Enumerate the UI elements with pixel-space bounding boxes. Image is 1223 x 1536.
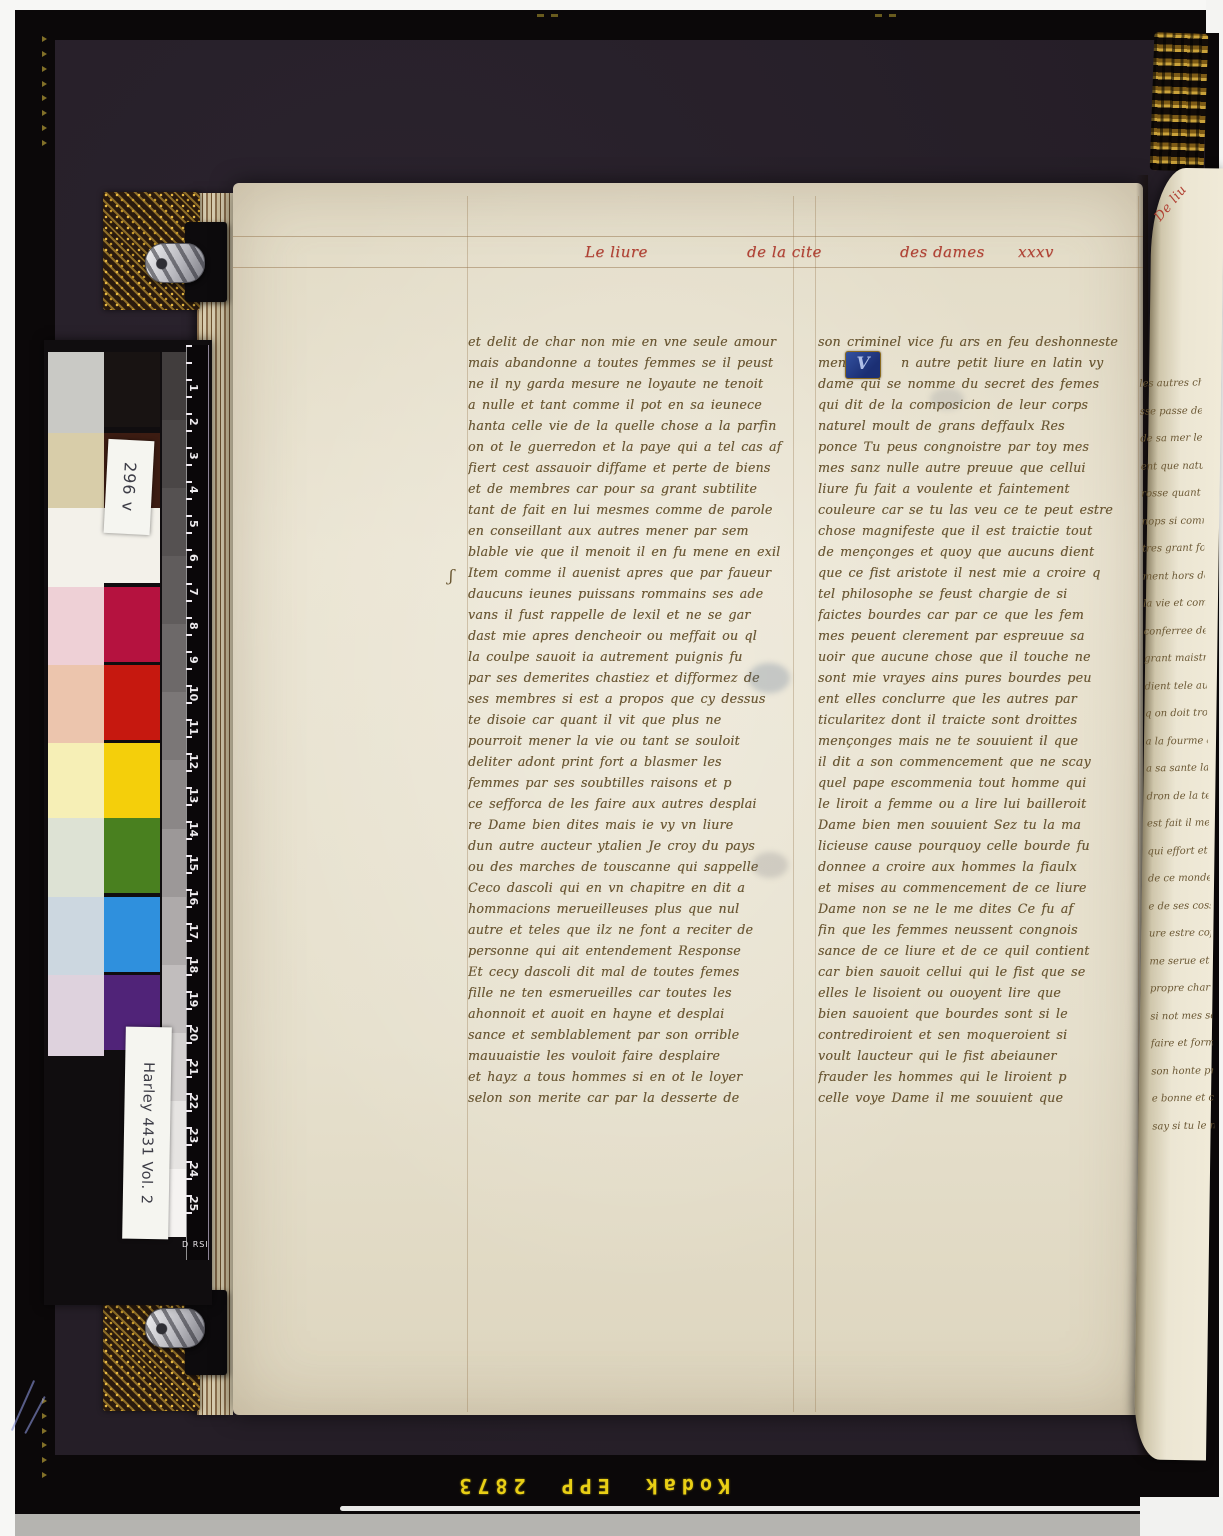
manuscript-line: fin que les femmes neussent congnois — [818, 922, 1140, 943]
manuscript-line: fiert cest assauoir diffame et perte de … — [468, 460, 792, 481]
swatch-tint — [48, 433, 104, 514]
manuscript-line: sont mie vrayes ains pures bourdes peu — [818, 670, 1140, 691]
manuscript-line: Ceco dascoli qui en vn chapitre en dit a — [468, 880, 792, 901]
swatch-tint — [48, 665, 104, 746]
swatch-row — [48, 587, 160, 665]
manuscript-line: en conseillant aux autres mener par sem — [468, 523, 792, 544]
film-frame-top — [15, 10, 1219, 40]
folio-number-sticker: 296 v — [104, 439, 155, 535]
swatch-solid — [104, 743, 160, 818]
recto-line-fragment: propre char so — [1150, 982, 1212, 1011]
manuscript-line: uoir que aucune chose que il touche ne — [818, 649, 1140, 670]
swatch-row — [48, 975, 160, 1030]
recto-line-fragment: grant maistresse — [1144, 652, 1206, 681]
manuscript-line: a nulle et tant comme il pot en sa ieune… — [468, 397, 792, 418]
manuscript-line: pourroit mener la vie ou tant se souloit — [468, 733, 792, 754]
manuscript-line: liure fu fait a voulente et faintement — [818, 481, 1140, 502]
swatch-solid — [104, 352, 160, 427]
recto-line-fragment: e bonne et cor — [1152, 1092, 1214, 1121]
swatch-tint — [48, 508, 104, 589]
ink-smudge — [748, 663, 790, 693]
manuscript-line: femmes par ses soubtilles raisons et p — [468, 775, 792, 796]
running-title-word: des dames — [900, 243, 985, 261]
manuscript-line: donnee a croire aux hommes la fiaulx — [818, 859, 1140, 880]
recto-line-fragment: les autres choses q — [1139, 378, 1201, 407]
gray-step — [162, 488, 186, 556]
recto-line-fragment: de ce monde la — [1148, 872, 1210, 901]
manuscript-line: faictes bourdes car par ce que les fem — [818, 607, 1140, 628]
manuscript-line: qui dit de la composicion de leur corps — [818, 397, 1140, 418]
manuscript-line: mençonges mais ne te souuient il que — [818, 733, 1140, 754]
film-edge-dash — [875, 14, 882, 17]
folio-number-label: 296 v — [118, 461, 140, 512]
manuscript-photo: Kodak EPP 2873 Le liure de la cite des d… — [0, 0, 1223, 1536]
scan-edge-bottom — [15, 1514, 1140, 1536]
manuscript-line: naturel moult de grans deffaulx Res — [818, 418, 1140, 439]
manuscript-line: et delit de char non mie en vne seule am… — [468, 334, 792, 355]
ruler-ticks — [186, 345, 192, 1225]
recto-line-fragment: sse passe de limpoten — [1140, 405, 1202, 434]
manuscript-line: et de membres car pour sa grant subtilit… — [468, 481, 792, 502]
ruler-footer-label: D RSI — [182, 1240, 209, 1249]
recto-line-fragment: de sa mer le corps — [1140, 433, 1202, 462]
manuscript-line: mais abandonne a toutes femmes se il peu… — [468, 355, 792, 376]
recto-line-fragment: ment hors de to — [1143, 570, 1205, 599]
film-edge-marks-top-left — [42, 36, 54, 146]
swatch-solid — [104, 818, 160, 893]
recto-line-fragment: tres grant folie au — [1142, 542, 1204, 571]
manuscript-line: couleure car se tu las veu ce te peut es… — [818, 502, 1140, 523]
gray-step — [162, 352, 186, 420]
manuscript-line: ne il ny garda mesure ne loyaute ne teno… — [468, 376, 792, 397]
running-title-word: Le liure — [585, 243, 648, 261]
swatch-solid — [104, 897, 160, 972]
recto-line-fragment: la vie et comm — [1143, 597, 1205, 626]
manuscript-line: on ot le guerredon et la paye qui a tel … — [468, 439, 792, 460]
swatch-tint — [48, 587, 104, 668]
swatch-row — [48, 818, 160, 897]
manuscript-line: hommacions merueilleuses plus que nul — [468, 901, 792, 922]
recto-line-fragment: ure estre coffre — [1149, 927, 1211, 956]
gray-step — [162, 556, 186, 624]
swatch-solid — [104, 665, 160, 740]
swatch-row — [48, 665, 160, 743]
manuscript-line: Et cecy dascoli dit mal de toutes femes — [468, 964, 792, 985]
swatch-tint — [48, 975, 104, 1056]
manuscript-line: tant de fait en lui mesmes comme de paro… — [468, 502, 792, 523]
recto-line-fragment: say si tu le m — [1152, 1120, 1214, 1149]
running-title-folio-number: xxxv — [1018, 243, 1054, 261]
recto-line-fragment: faire et former — [1151, 1037, 1213, 1066]
running-title: Le liure de la cite des dames xxxv — [0, 243, 1223, 265]
manuscript-line: elles le lisoient ou ouoyent lire que — [818, 985, 1140, 1006]
marginal-paraph: ʃ — [449, 566, 453, 585]
ruling-line — [815, 196, 816, 1412]
recto-line-fragment: dron de la terr — [1146, 790, 1208, 819]
swatch-tint — [48, 743, 104, 824]
shelfmark-sticker: Harley 4431 Vol. 2 — [122, 1027, 172, 1240]
swatch-tint — [48, 897, 104, 978]
manuscript-line: licieuse cause pourquoy celle bourde fu — [818, 838, 1140, 859]
swatch-row — [48, 743, 160, 818]
manuscript-line: et hayz a tous hommes si en ot le loyer — [468, 1069, 792, 1090]
manuscript-line: contrediroient et sen moqueroient si — [818, 1027, 1140, 1048]
manuscript-line: que ce fist aristote il nest mie a croir… — [818, 565, 1140, 586]
recto-line-fragment: est fait il me — [1147, 817, 1209, 846]
manuscript-line: mauuaistie les vouloit faire desplaire — [468, 1048, 792, 1069]
gray-step — [162, 692, 186, 760]
manuscript-line: la coulpe sauoit ia autrement puignis fu — [468, 649, 792, 670]
manuscript-line: tel philosophe se feust chargie de si — [818, 586, 1140, 607]
manuscript-line: blable vie que il menoit il en fu mene e… — [468, 544, 792, 565]
gray-step — [162, 624, 186, 692]
gray-step — [162, 420, 186, 488]
gray-step — [162, 760, 186, 828]
recto-line-fragment: a sa sante la — [1146, 762, 1208, 791]
text-column-a: et delit de char non mie en vne seule am… — [468, 334, 792, 1114]
film-brand-text: Kodak EPP 2873 — [340, 1470, 730, 1498]
film-edge-marks-bottom-left — [42, 1398, 54, 1478]
ruling-line — [233, 267, 1143, 268]
recto-line-fragment: e de ses cosses — [1148, 900, 1210, 929]
scan-corner-bottom-right — [1140, 1497, 1223, 1536]
manuscript-line: hanta celle vie de la quelle chose a la … — [468, 418, 792, 439]
text-column-b: son criminel vice fu ars en feu deshonne… — [818, 334, 1140, 1114]
film-edge-dash — [551, 14, 558, 17]
ink-smudge — [752, 852, 788, 878]
recto-line-fragment: ent que nature e — [1141, 460, 1203, 489]
recto-line-fragment: nops si comme ch — [1142, 515, 1204, 544]
recto-line-fragment: dient tele aut — [1145, 680, 1207, 709]
manuscript-line: vans il fust rappelle de lexil et ne se … — [468, 607, 792, 628]
gray-step — [162, 965, 186, 1033]
manuscript-line: quel pape escommenia tout homme qui — [818, 775, 1140, 796]
manuscript-line: frauder les hommes qui le liroient p — [818, 1069, 1140, 1090]
illuminated-initial: V — [845, 351, 881, 379]
manuscript-line: voult laucteur qui le fist abeiauner — [818, 1048, 1140, 1069]
film-edge-dash — [537, 14, 544, 17]
recto-line-fragment: me serue et a — [1149, 955, 1211, 984]
manuscript-line: ent elles conclurre que les autres par — [818, 691, 1140, 712]
manuscript-line: autre et teles que ilz ne font a reciter… — [468, 922, 792, 943]
manuscript-line: personne qui ait entendement Response — [468, 943, 792, 964]
manuscript-line: dun autre aucteur ytalien Je croy du pay… — [468, 838, 792, 859]
recto-line-fragment: rosse quant elle d — [1141, 488, 1203, 517]
manuscript-line: mes peuent clerement par espreuue sa — [818, 628, 1140, 649]
manuscript-line: Item comme il auenist apres que par faue… — [468, 565, 792, 586]
manuscript-line: ou des marches de touscanne qui sappelle — [468, 859, 792, 880]
manuscript-line: par ses demerites chastiez et difformez … — [468, 670, 792, 691]
manuscript-line: il dit a son commencement que ne scay — [818, 754, 1140, 775]
swatch-tint — [48, 352, 104, 433]
swatch-row — [48, 352, 160, 433]
shelfmark-label: Harley 4431 Vol. 2 — [138, 1062, 156, 1205]
scan-artifact-line — [340, 1506, 1150, 1511]
manuscript-line: chose magnifeste que il est traictie tou… — [818, 523, 1140, 544]
manuscript-line: re Dame bien dites mais ie vy vn liure — [468, 817, 792, 838]
manuscript-line: ponce Tu peus congnoistre par toy mes — [818, 439, 1140, 460]
manuscript-line: mes sanz nulle autre preuue que cellui — [818, 460, 1140, 481]
manuscript-line: et mises au commencement de ce liure — [818, 880, 1140, 901]
recto-line-fragment: conferree de dieu — [1144, 625, 1206, 654]
manuscript-line: dame qui se nomme du secret des femes — [818, 376, 1140, 397]
recto-line-fragment: qui effort et est — [1147, 845, 1209, 874]
manuscript-line: fille ne ten esmerueilles car toutes les — [468, 985, 792, 1006]
manuscript-line: sance et semblablement par son orrible — [468, 1027, 792, 1048]
manuscript-line: bien sauoient que bourdes sont si le — [818, 1006, 1140, 1027]
recto-line-fragment: q on doit tro — [1145, 707, 1207, 736]
manuscript-line: daucuns ieunes puissans rommains ses ade — [468, 586, 792, 607]
manuscript-line: sance de ce liure et de ce quil contient — [818, 943, 1140, 964]
gray-step — [162, 897, 186, 965]
scan-corner-top-right — [1206, 0, 1223, 33]
manuscript-line: ce sefforca de les faire aux autres desp… — [468, 796, 792, 817]
recto-line-fragment: si not mes sont — [1150, 1010, 1212, 1039]
manuscript-line: car bien sauoit cellui qui le fist que s… — [818, 964, 1140, 985]
manuscript-line: te disoie car quant il vit que plus ne — [468, 712, 792, 733]
running-title-word: de la cite — [747, 243, 822, 261]
manuscript-line: deliter adont print fort a blasmer les — [468, 754, 792, 775]
ink-smudge — [930, 388, 964, 410]
recto-line-fragment: son honte prouffit — [1151, 1065, 1213, 1094]
manuscript-line: le liroit a femme ou a lire lui baillero… — [818, 796, 1140, 817]
gauffered-gilt-edge — [1150, 32, 1209, 172]
manuscript-line: selon son merite car par la desserte de — [468, 1090, 792, 1111]
gray-step — [162, 829, 186, 897]
manuscript-line: ses membres si est a propos que cy dessu… — [468, 691, 792, 712]
manuscript-line: ticularitez dont il traicte sont droitte… — [818, 712, 1140, 733]
manuscript-line: dast mie apres dencheoir ou meffait ou q… — [468, 628, 792, 649]
film-edge-dash — [889, 14, 896, 17]
binder-clip-bottom — [145, 1308, 205, 1348]
recto-line-fragment: a la fourme de — [1145, 735, 1207, 764]
manuscript-line: celle voye Dame il me souuient que — [818, 1090, 1140, 1111]
swatch-tint — [48, 818, 104, 899]
ruling-line — [233, 236, 1143, 237]
manuscript-line: de mençonges et quoy que aucuns dient — [818, 544, 1140, 565]
swatch-row — [48, 897, 160, 975]
ruling-line — [793, 196, 794, 1412]
manuscript-line: Dame bien men souuient Sez tu la ma — [818, 817, 1140, 838]
manuscript-line: ahonnoit et auoit en hayne et desplai — [468, 1006, 792, 1027]
swatch-solid — [104, 587, 160, 662]
manuscript-line: Dame non se ne le me dites Ce fu af — [818, 901, 1140, 922]
